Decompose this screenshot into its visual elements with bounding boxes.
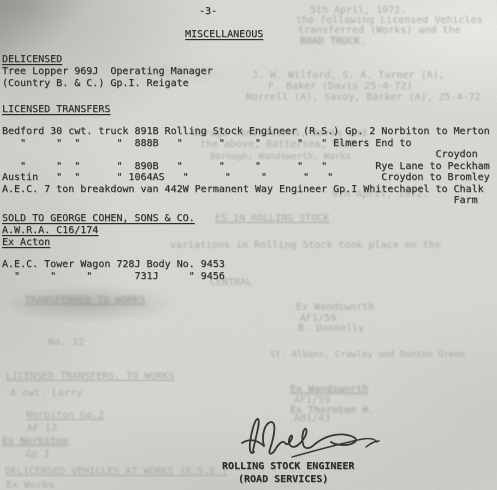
bleedthrough-text: St. Albans, Crawley and Dunton Green: [270, 350, 465, 361]
page-number: -3-: [199, 6, 217, 18]
bleedthrough-text: F. Baker (Davis 25-4-72): [268, 81, 413, 92]
handwritten-signature: [237, 413, 382, 465]
sold-location: Ex Acton: [2, 237, 50, 249]
bleedthrough-text: Ex Wandsworth: [296, 302, 374, 313]
bleedthrough-text: ES IN ROLLING STOCK: [215, 213, 329, 224]
sold-reference: A.W.R.A. C16/174: [2, 225, 98, 237]
signature-role-line1: ROLLING STOCK ENGINEER: [222, 461, 354, 473]
signature-role-line2: (ROAD SERVICES): [238, 474, 328, 486]
bleedthrough-text: DELICENSED VEHICLES AT WORKS (R.S.E.): [5, 466, 228, 477]
bleedthrough-text: LICENSED TRANSFERS, TO WORKS: [6, 371, 175, 382]
bleedthrough-text: 4 cwt. Lorry: [10, 388, 82, 399]
section-heading-licensed-transfers: LICENSED TRANSFERS: [2, 104, 110, 116]
licensed-transfers-table: Bedford 30 cwt. truck 891B Rolling Stock…: [2, 126, 490, 207]
page-title: MISCELLANEOUS: [185, 29, 263, 41]
delicensed-entry-line1: Tree Lopper 969J Operating Manager: [2, 66, 213, 78]
sold-vehicles-table: A.E.C. Tower Wagon 728J Body No. 9453 " …: [2, 259, 225, 283]
bleedthrough-text: variations in Rolling Stock took place o…: [170, 240, 441, 251]
section-heading-sold: SOLD TO GEORGE COHEN, SONS & CO.: [2, 213, 195, 225]
bleedthrough-text: Ex Works: [6, 480, 54, 490]
scanned-document-page: 5th April, 1972. the following Licensed …: [0, 0, 497, 490]
bleedthrough-text: transferred (Works) and the: [298, 25, 461, 36]
bleedthrough-text: No. 12: [48, 337, 84, 348]
bleedthrough-text: ROAD TRUCK.: [300, 36, 366, 47]
bleedthrough-text: Ex Norbiton: [2, 436, 68, 447]
bleedthrough-text: Norbiton Gp.2: [26, 410, 104, 421]
bleedthrough-text: AF 12: [27, 423, 57, 434]
bleedthrough-text: Norrell (A), Savoy, Barker (A), 25-4-72: [246, 92, 481, 103]
bleedthrough-text: Ex Wandsworth: [290, 384, 368, 395]
bleedthrough-text: B. Donnelly: [298, 323, 364, 334]
bleedthrough-text: J. W. Wilford, S. A. Turner (A),: [252, 70, 445, 81]
section-heading-delicensed: DELICENSED: [2, 54, 62, 66]
bleedthrough-text: Gp 1: [26, 449, 50, 460]
delicensed-entry-line2: (Country B. & C.) Gp.I. Reigate: [2, 78, 189, 90]
bleedthrough-text: TRANSFERRED TO WORKS: [25, 295, 145, 306]
